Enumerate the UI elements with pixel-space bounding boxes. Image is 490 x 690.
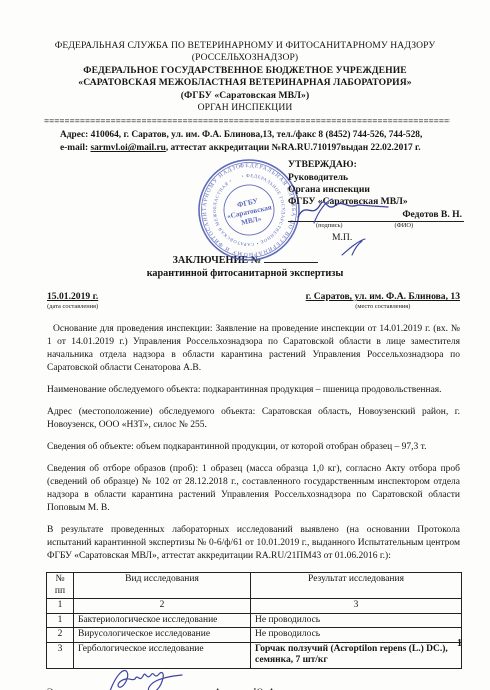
col-header-result: Результат исследования: [251, 573, 462, 599]
paragraph-object-info: Сведения об объекте: объем подкарантинно…: [47, 441, 460, 454]
paragraph-object-address: Адрес (местоположение) обследуемого объе…: [47, 406, 460, 432]
approve-org: ФГБУ «Саратовская МВЛ»: [288, 196, 464, 208]
row-num: 2: [47, 628, 74, 643]
org-institution-type: ФЕДЕРАЛЬНОЕ ГОСУДАРСТВЕННОЕ БЮДЖЕТНОЕ УЧ…: [0, 65, 490, 77]
place-label: (место составления): [306, 302, 460, 311]
col-header-kind: Вид исследования: [74, 573, 251, 599]
date-label: (дата составления): [47, 302, 98, 311]
paragraph-sampling-info: Сведения об отборе образов (проб): 1 обр…: [47, 463, 460, 515]
separator-line: ========================================…: [44, 116, 450, 127]
conclusion-subtitle: карантинной фитосанитарной экспертизы: [0, 267, 490, 280]
signature-labels: (подпись) (ФИО): [288, 222, 464, 230]
place-block: г. Саратов, ул. им. Ф.А. Блинова, 13 (ме…: [306, 291, 460, 311]
approval-block: УТВЕРЖДАЮ: Руководитель Органа инспекции…: [288, 159, 464, 244]
org-federal-service: ФЕДЕРАЛЬНАЯ СЛУЖБА ПО ВЕТЕРИНАРНОМУ И ФИ…: [0, 40, 490, 52]
results-table: № пп Вид исследования Результат исследов…: [46, 572, 462, 669]
numbering-cell-3: 3: [251, 599, 462, 614]
paragraph-inspection-basis: Основание для проведения инспекции: Заяв…: [47, 323, 460, 375]
stamp-place-label: М.П.: [332, 232, 464, 244]
composition-date: 15.01.2019 г.: [47, 291, 98, 302]
col-header-num: № пп: [47, 573, 74, 599]
page-number: 1: [457, 638, 462, 649]
letterhead: ФЕДЕРАЛЬНАЯ СЛУЖБА ПО ВЕТЕРИНАРНОМУ И ФИ…: [0, 40, 490, 114]
row-result: Не проводилось: [251, 613, 462, 628]
document-page: ФЕДЕРАЛЬНАЯ СЛУЖБА ПО ВЕТЕРИНАРНОМУ И ФИ…: [0, 0, 490, 690]
org-lab-name: «САРАТОВСКАЯ МЕЖОБЛАСТНАЯ ВЕТЕРИНАРНАЯ Л…: [0, 77, 490, 89]
approver-name: Федотов В. Н.: [402, 209, 462, 221]
row-num: 3: [47, 642, 74, 668]
table-numbering-row: 1 2 3: [47, 599, 462, 614]
row-num: 1: [47, 613, 74, 628]
date-block: 15.01.2019 г. (дата составления): [47, 291, 98, 311]
approver-signature-line: Федотов В. Н.: [288, 208, 464, 222]
org-rosselkhoznadzor: (РОССЕЛЬХОЗНАДЗОР): [0, 52, 490, 64]
numbering-cell-2: 2: [74, 599, 251, 614]
approve-position-2: Органа инспекции: [288, 184, 464, 196]
approve-title: УТВЕРЖДАЮ:: [288, 159, 464, 171]
email-link[interactable]: sarmvl.oi@mail.ru: [90, 143, 165, 153]
approval-zone: ФЕДЕРАЛЬНАЯ СЛУЖБА ПО ВЕТЕРИНАРНОМУ И ФИ…: [0, 155, 490, 249]
paragraph-object-name: Наименование обследуемого объекта: подка…: [47, 384, 460, 397]
row-result: Горчак ползучий (Acroptilon repens (L.) …: [251, 642, 462, 668]
paragraph-lab-results-intro: В результате проведенных лабораторных ис…: [47, 524, 460, 563]
email-prefix: e-mail:: [60, 143, 90, 153]
expert-signature-block: Эксперт Аминова Ю. А.: [47, 685, 460, 690]
org-inspection-body: ОРГАН ИНСПЕКЦИИ: [0, 102, 490, 114]
accreditation-text: , аттестат аккредитации №RA.RU.710197выд…: [166, 143, 421, 153]
table-row-bacteriological: 1 Бактериологическое исследование Не про…: [47, 613, 462, 628]
table-header-row: № пп Вид исследования Результат исследов…: [47, 573, 462, 599]
row-kind: Вирусологическое исследование: [74, 628, 251, 643]
body-text: Основание для проведения инспекции: Заяв…: [47, 323, 460, 563]
signature-label: (подпись): [316, 222, 343, 230]
approve-position-1: Руководитель: [288, 172, 464, 184]
row-result: Не проводилось: [251, 628, 462, 643]
contact-block: Адрес: 410064, г. Саратов, ул. им. Ф.А. …: [60, 129, 450, 155]
row-kind: Бактериологическое исследование: [74, 613, 251, 628]
composition-place: г. Саратов, ул. им. Ф.А. Блинова, 13: [306, 291, 460, 302]
table-row-virological: 2 Вирусологическое исследование Не прово…: [47, 628, 462, 643]
address-line: Адрес: 410064, г. Саратов, ул. им. Ф.А. …: [60, 129, 450, 142]
expert-signature-ink: [106, 663, 186, 690]
expert-signature-line: [88, 685, 206, 690]
numbering-cell-1: 1: [47, 599, 74, 614]
meta-row: 15.01.2019 г. (дата составления) г. Сара…: [47, 291, 460, 311]
fio-label: (ФИО): [395, 222, 414, 230]
org-lab-short-name: (ФГБУ «Саратовская МВЛ»): [0, 90, 490, 102]
